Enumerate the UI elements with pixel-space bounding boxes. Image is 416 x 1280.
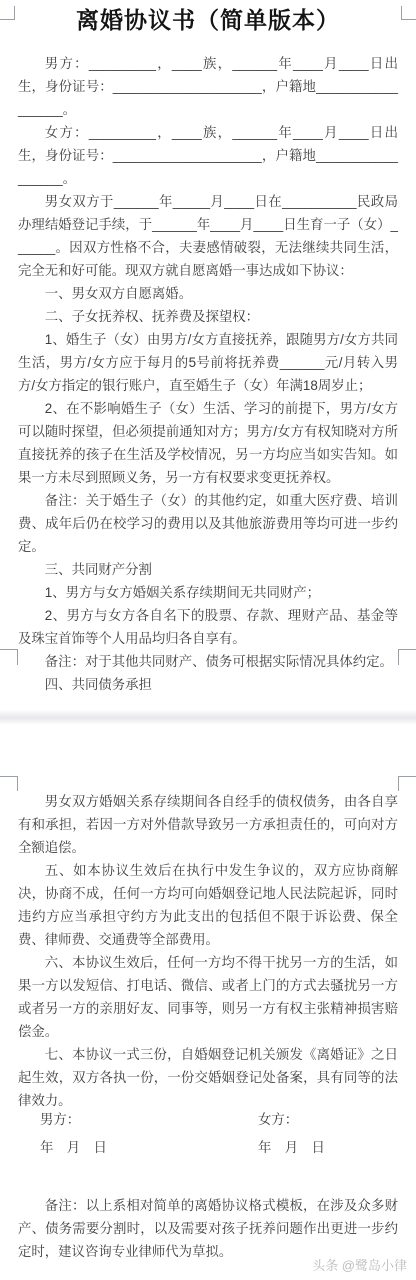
margin-corner-mark	[398, 649, 416, 665]
margin-corner-mark	[0, 776, 18, 791]
document-title: 离婚协议书（简单版本）	[0, 5, 416, 35]
page-separator	[0, 710, 416, 724]
margin-corner-mark	[0, 649, 18, 665]
document-screenshot: 离婚协议书（简单版本） 男方：_________，____族，______年__…	[0, 0, 416, 1280]
paragraph: 2、在不影响婚生子（女）生活、学习的前提下，男方/女方可以随时探望，但必须提前通…	[18, 397, 398, 489]
paragraph: 备注：对于其他共同财产、债务可根据实际情况具体约定。	[18, 650, 398, 673]
paragraph: 三、共同财产分割	[18, 558, 398, 581]
signature-female-date: 年 月 日	[258, 1136, 325, 1159]
paragraph: 2、男方与女方各自名下的股票、存款、理财产品、基金等及珠宝首饰等个人用品均归各自…	[18, 604, 398, 650]
paragraph: 1、婚生子（女）由男方/女方直接抚养，跟随男方/女方共同生活，男方/女方应于每月…	[18, 328, 398, 397]
paragraph: 女方：_________，____族，______年____月____日出生，身…	[18, 121, 398, 190]
paragraph: 二、子女抚养权、抚养费及探望权：	[18, 305, 398, 328]
paragraph: 七、本协议一式三份，自婚姻登记机关颁发《离婚证》之日起生效，双方各执一份，一份交…	[18, 1043, 398, 1112]
paragraph: 五、如本协议生效后在执行中发生争议的，双方应协商解决，协商不成，任何一方均可向婚…	[18, 859, 398, 951]
page-2: 男女双方婚姻关系存续期间各自经手的债权债务，由各自享有和承担，若因一方对外借款导…	[0, 724, 416, 1280]
paragraph: 1、男方与女方婚姻关系存续期间无共同财产；	[18, 581, 398, 604]
margin-corner-mark	[398, 776, 416, 791]
paragraph: 四、共同债务承担	[18, 673, 398, 696]
signature-male: 男方： 年 月 日	[40, 1108, 107, 1159]
paragraph: 男女双方于______年_____月____日在__________民政局办理结…	[18, 190, 398, 282]
closing-note: 备注：以上系相对简单的离婚协议格式模板，在涉及众多财产、债务需要分割时，以及需要…	[18, 1194, 398, 1263]
signature-male-date: 年 月 日	[40, 1136, 107, 1159]
page2-body: 男女双方婚姻关系存续期间各自经手的债权债务，由各自享有和承担，若因一方对外借款导…	[18, 790, 398, 1112]
paragraph: 男方：_________，____族，______年____月____日出生，身…	[18, 52, 398, 121]
signature-female-label: 女方：	[258, 1108, 325, 1131]
page1-body: 男方：_________，____族，______年____月____日出生，身…	[18, 52, 398, 696]
paragraph: 男女双方婚姻关系存续期间各自经手的债权债务，由各自享有和承担，若因一方对外借款导…	[18, 790, 398, 859]
paragraph: 一、男女双方自愿离婚。	[18, 282, 398, 305]
author-watermark: 头条 @鹭岛小律	[312, 1258, 407, 1274]
signature-female: 女方： 年 月 日	[258, 1108, 325, 1159]
paragraph: 备注：关于婚生子（女）的其他约定，如重大医疗费、培训费、成年后仍在校学习的费用以…	[18, 489, 398, 558]
page-1: 离婚协议书（简单版本） 男方：_________，____族，______年__…	[0, 0, 416, 712]
paragraph: 六、本协议生效后，任何一方均不得干扰另一方的生活，如果一方以发短信、打电话、微信…	[18, 951, 398, 1043]
signature-male-label: 男方：	[40, 1108, 107, 1131]
